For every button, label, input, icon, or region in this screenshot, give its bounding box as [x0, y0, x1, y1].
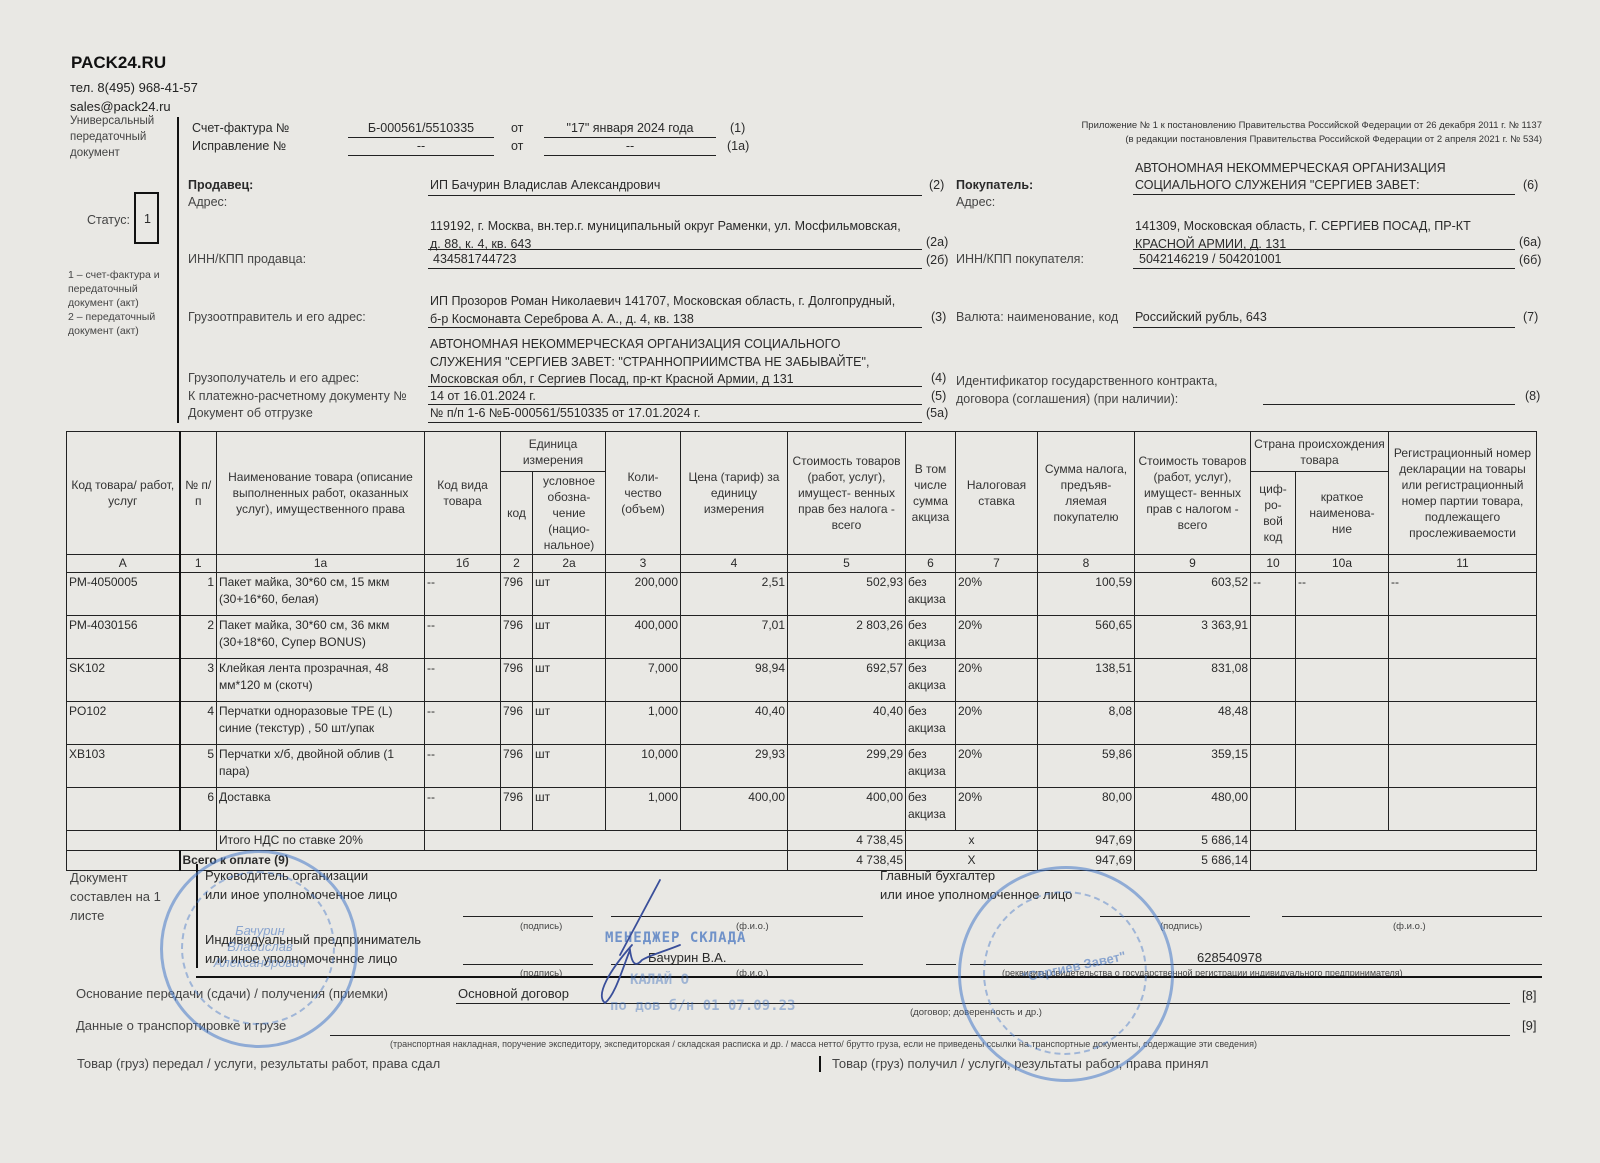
shipper-underline	[428, 327, 922, 328]
cell-unit-name: шт	[533, 616, 606, 659]
cell-price: 7,01	[681, 616, 788, 659]
cell-country-code: --	[1251, 573, 1296, 616]
correction-from-label: от	[511, 139, 523, 153]
th-num: № п/п	[180, 432, 217, 555]
ref-2: (2)	[929, 178, 944, 192]
colnum: 6	[906, 555, 956, 573]
ref-7: (7)	[1523, 310, 1538, 324]
invoice-date-underline	[544, 137, 716, 138]
cell-excise: без акциза	[906, 659, 956, 702]
th-cost-no-tax: Стоимость товаров (работ, услуг), имущес…	[788, 432, 906, 555]
th-qty: Коли- чество (объем)	[606, 432, 681, 555]
total-label: Итого НДС по ставке 20%	[217, 831, 425, 851]
invoice-from-label: от	[511, 121, 523, 135]
ref-1: (1)	[730, 121, 745, 135]
cell-kind: --	[425, 702, 501, 745]
ref-5a: (5а)	[926, 406, 948, 420]
seller-address: 119192, г. Москва, вн.тер.г. муниципальн…	[430, 217, 901, 253]
cell-cost-with-tax: 359,15	[1135, 745, 1251, 788]
th-rate: Налоговая ставка	[956, 432, 1038, 555]
buyer-inn-label: ИНН/КПП покупателя:	[956, 252, 1084, 266]
cell-country-code	[1251, 659, 1296, 702]
supplier-email[interactable]: sales@pack24.ru	[70, 99, 171, 114]
cell-country-name	[1296, 616, 1389, 659]
cell-rate: 20%	[956, 659, 1038, 702]
column-numbers-row: А 1 1а 1б 2 2а 3 4 5 6 7 8 9 10 10а 11	[67, 555, 1537, 573]
th-country-group: Страна происхождения товара	[1251, 432, 1389, 472]
cell-excise: без акциза	[906, 788, 956, 831]
th-tax: Сумма налога, предъяв- ляемая покупателю	[1038, 432, 1135, 555]
cell-qty: 1,000	[606, 788, 681, 831]
seller-label: Продавец:	[188, 178, 253, 192]
supplier-phone: тел. 8(495) 968-41-57	[70, 80, 198, 95]
table-row: XB1035Перчатки х/б, двойной облив (1 пар…	[67, 745, 1537, 788]
ref-1a: (1а)	[727, 139, 749, 153]
cell-country-code	[1251, 702, 1296, 745]
ref-2a: (2а)	[926, 235, 948, 249]
correction-date-underline	[544, 155, 716, 156]
seller-stamp-text: Бачурин Владислав Александрович	[205, 923, 315, 971]
colnum: 4	[681, 555, 788, 573]
cell-country-code	[1251, 788, 1296, 831]
cell-code	[67, 788, 180, 831]
buyer-address-underline	[1133, 249, 1515, 250]
cell-price: 29,93	[681, 745, 788, 788]
cell-kind: --	[425, 659, 501, 702]
cell-kind: --	[425, 573, 501, 616]
cell-excise: без акциза	[906, 745, 956, 788]
cell-excise: без акциза	[906, 573, 956, 616]
buyer-name: АВТОНОМНАЯ НЕКОММЕРЧЕСКАЯ ОРГАНИЗАЦИЯСОЦ…	[1135, 160, 1446, 194]
cell-cost-no-tax: 40,40	[788, 702, 906, 745]
cell-unit-code: 796	[501, 573, 533, 616]
seller-inn-label: ИНН/КПП продавца:	[188, 252, 306, 266]
seller-address-label: Адрес:	[188, 195, 227, 209]
handed-over-label: Товар (груз) передал / услуги, результат…	[77, 1056, 440, 1071]
cell-cost-with-tax: 480,00	[1135, 788, 1251, 831]
th-unit-group: Единица измерения	[501, 432, 606, 472]
accountant-fio-line[interactable]	[1282, 916, 1542, 917]
shipper-label: Грузоотправитель и его адрес:	[188, 310, 366, 324]
cell-rate: 20%	[956, 788, 1038, 831]
cell-price: 400,00	[681, 788, 788, 831]
buyer-address-label: Адрес:	[956, 195, 995, 209]
cell-name: Доставка	[217, 788, 425, 831]
colnum: 2	[501, 555, 533, 573]
cell-tax: 138,51	[1038, 659, 1135, 702]
cell-rate: 20%	[956, 745, 1038, 788]
invoice-number-underline	[348, 137, 494, 138]
colnum: 1	[180, 555, 217, 573]
cell-cost-with-tax: 603,52	[1135, 573, 1251, 616]
cell-tax: 80,00	[1038, 788, 1135, 831]
colnum: 3	[606, 555, 681, 573]
total-cost-with-tax: 5 686,14	[1135, 831, 1251, 851]
brand-logo: PACK24.RU	[71, 53, 166, 73]
invoice-date: "17" января 2024 года	[544, 121, 716, 135]
th-reg-num: Регистрационный номер декларации на това…	[1389, 432, 1537, 555]
colnum: 1а	[217, 555, 425, 573]
cell-cost-no-tax: 299,29	[788, 745, 906, 788]
cell-name: Клейкая лента прозрачная, 48 мм*120 м (с…	[217, 659, 425, 702]
cell-qty: 1,000	[606, 702, 681, 745]
cell-code: XB103	[67, 745, 180, 788]
cell-unit-name: шт	[533, 659, 606, 702]
ref-2b: (2б)	[926, 253, 948, 267]
total-cost-with-tax: 5 686,14	[1135, 851, 1251, 871]
th-name: Наименование товара (описание выполненны…	[217, 432, 425, 555]
consignee-value: АВТОНОМНАЯ НЕКОММЕРЧЕСКАЯ ОРГАНИЗАЦИЯ СО…	[430, 336, 869, 389]
buyer-address: 141309, Московская область, Г. СЕРГИЕВ П…	[1135, 217, 1471, 253]
cell-cost-no-tax: 502,93	[788, 573, 906, 616]
colnum: 5	[788, 555, 906, 573]
buyer-inn: 5042146219 / 504201001	[1139, 252, 1282, 266]
left-divider	[177, 117, 179, 423]
status-legend: 1 – счет-фактура ипередаточныйдокумент (…	[68, 268, 160, 338]
basis-value: Основной договор	[458, 986, 569, 1001]
cell-rate: 20%	[956, 702, 1038, 745]
table-row: 6Доставка--796шт1,000400,00400,00без акц…	[67, 788, 1537, 831]
th-country-name: краткое наименова- ние	[1296, 472, 1389, 555]
cell-name: Перчатки одноразовые TPE (L) синие (текс…	[217, 702, 425, 745]
ip-cert-short-line	[926, 964, 956, 965]
buyer-inn-underline	[1133, 268, 1515, 269]
ref-b9: [9]	[1522, 1018, 1536, 1033]
signature-bottom-rule	[196, 976, 1542, 978]
total-blank	[425, 831, 788, 851]
status-value: 1	[144, 212, 151, 226]
cell-kind: --	[425, 788, 501, 831]
th-cost-with-tax: Стоимость товаров (работ, услуг), имущес…	[1135, 432, 1251, 555]
cell-excise: без акциза	[906, 616, 956, 659]
cell-num: 2	[180, 616, 217, 659]
colnum: 11	[1389, 555, 1537, 573]
seller-inn: 434581744723	[433, 252, 516, 266]
cell-country-name	[1296, 659, 1389, 702]
accountant-sign-caption: (подпись)	[1160, 921, 1202, 932]
ref-6b: (6б)	[1519, 253, 1541, 267]
sheets-note: Документсоставлен на 1листе	[70, 868, 161, 925]
accountant-fio-caption: (ф.и.о.)	[1393, 921, 1426, 932]
cell-price: 2,51	[681, 573, 788, 616]
seller-stamp: Бачурин Владислав Александрович	[160, 850, 358, 1048]
colnum: 8	[1038, 555, 1135, 573]
cell-reg-num	[1389, 616, 1537, 659]
payment-doc-label: К платежно-расчетному документу №	[188, 389, 407, 403]
cell-rate: 20%	[956, 573, 1038, 616]
table-row: SK1023Клейкая лента прозрачная, 48 мм*12…	[67, 659, 1537, 702]
cell-country-name	[1296, 702, 1389, 745]
table-row: PO1024Перчатки одноразовые TPE (L) синие…	[67, 702, 1537, 745]
ref-3: (3)	[931, 310, 946, 324]
th-unit-code: код	[501, 472, 533, 555]
cell-num: 6	[180, 788, 217, 831]
cell-unit-code: 796	[501, 745, 533, 788]
currency-value: Российский рубль, 643	[1135, 310, 1267, 324]
cell-cost-no-tax: 400,00	[788, 788, 906, 831]
invoice-number: Б-000561/5510335	[348, 121, 494, 135]
cell-reg-num	[1389, 659, 1537, 702]
colnum: 10	[1251, 555, 1296, 573]
ref-4: (4)	[931, 371, 946, 385]
transport-underline[interactable]	[330, 1035, 1510, 1036]
th-code: Код товара/ работ, услуг	[67, 432, 180, 555]
cell-reg-num	[1389, 702, 1537, 745]
cell-cost-with-tax: 3 363,91	[1135, 616, 1251, 659]
cell-qty: 10,000	[606, 745, 681, 788]
total-excise: x	[906, 831, 1038, 851]
colnum: 10а	[1296, 555, 1389, 573]
cell-tax: 59,86	[1038, 745, 1135, 788]
seller-name: ИП Бачурин Владислав Александрович	[430, 178, 660, 192]
cell-num: 3	[180, 659, 217, 702]
cell-code: РМ-4030156	[67, 616, 180, 659]
ref-b8: [8]	[1522, 988, 1536, 1003]
cell-name: Пакет майка, 30*60 см, 15 мкм (30+16*60,…	[217, 573, 425, 616]
th-kind: Код вида товара	[425, 432, 501, 555]
cell-cost-with-tax: 831,08	[1135, 659, 1251, 702]
table-row: РМ-40301562Пакет майка, 30*60 см, 36 мкм…	[67, 616, 1537, 659]
seller-inn-underline	[428, 268, 922, 269]
colnum: 9	[1135, 555, 1251, 573]
cell-qty: 400,000	[606, 616, 681, 659]
handwritten-signature	[560, 875, 690, 1015]
cell-reg-num: --	[1389, 573, 1537, 616]
cell-unit-code: 796	[501, 788, 533, 831]
total-cost-no-tax: 4 738,45	[788, 831, 906, 851]
cell-kind: --	[425, 616, 501, 659]
invoice-number-label: Счет-фактура №	[192, 121, 289, 135]
colnum: 2а	[533, 555, 606, 573]
shipper-value: ИП Прозоров Роман Николаевич 141707, Мос…	[430, 292, 895, 328]
cell-cost-no-tax: 2 803,26	[788, 616, 906, 659]
regulation-note: Приложение № 1 к постановлению Правитель…	[1081, 119, 1542, 146]
cell-reg-num	[1389, 788, 1537, 831]
cell-tax: 560,65	[1038, 616, 1135, 659]
shipment-doc-underline	[428, 422, 922, 423]
vat-total-row: Итого НДС по ставке 20%4 738,45x947,695 …	[67, 831, 1537, 851]
payment-doc-underline	[428, 404, 922, 405]
total-blank	[67, 831, 217, 851]
ref-8: (8)	[1525, 389, 1540, 403]
correction-date: --	[544, 139, 716, 153]
currency-underline	[1133, 327, 1515, 328]
cell-unit-name: шт	[533, 745, 606, 788]
cell-unit-name: шт	[533, 788, 606, 831]
seller-address-underline	[428, 249, 922, 250]
correction-number-underline	[348, 155, 494, 156]
cell-country-name	[1296, 745, 1389, 788]
status-label: Статус:	[87, 213, 130, 227]
th-country-code: циф- ро- вой код	[1251, 472, 1296, 555]
th-unit-name: условное обозна- чение (нацио- нальное)	[533, 472, 606, 555]
table-row: РМ-40500051Пакет майка, 30*60 см, 15 мкм…	[67, 573, 1537, 616]
handover-divider	[819, 1056, 821, 1072]
buyer-label: Покупатель:	[956, 178, 1033, 192]
status-box: 1	[134, 192, 159, 244]
buyer-name-underline	[1133, 194, 1515, 195]
ref-6a: (6а)	[1519, 235, 1541, 249]
contract-id-label: Идентификатор государственного контракта…	[956, 372, 1218, 408]
total-tax: 947,69	[1038, 831, 1135, 851]
cell-cost-no-tax: 692,57	[788, 659, 906, 702]
cell-unit-code: 796	[501, 659, 533, 702]
cell-name: Перчатки х/б, двойной облив (1 пара)	[217, 745, 425, 788]
goods-table: Код товара/ работ, услуг № п/п Наименова…	[66, 431, 1537, 871]
seller-name-underline	[428, 195, 922, 196]
buyer-stamp: "Сергиев Завет"	[958, 866, 1174, 1082]
cell-name: Пакет майка, 30*60 см, 36 мкм (30+18*60,…	[217, 616, 425, 659]
currency-label: Валюта: наименование, код	[956, 310, 1118, 324]
cell-num: 1	[180, 573, 217, 616]
cell-price: 98,94	[681, 659, 788, 702]
cell-qty: 200,000	[606, 573, 681, 616]
cell-tax: 100,59	[1038, 573, 1135, 616]
cell-code: PO102	[67, 702, 180, 745]
cell-country-code	[1251, 616, 1296, 659]
ref-5: (5)	[931, 389, 946, 403]
cell-unit-code: 796	[501, 616, 533, 659]
colnum: 1б	[425, 555, 501, 573]
shipment-doc-label: Документ об отгрузке	[188, 406, 313, 420]
cell-unit-code: 796	[501, 702, 533, 745]
head-sign-caption: (подпись)	[520, 921, 562, 932]
total-blank	[1251, 831, 1537, 851]
correction-number: --	[348, 139, 494, 153]
cell-tax: 8,08	[1038, 702, 1135, 745]
contract-id-underline	[1263, 404, 1515, 405]
doc-type-label: Универсальныйпередаточныйдокумент	[70, 113, 154, 161]
consignee-underline	[428, 386, 922, 387]
th-excise: В том числе сумма акциза	[906, 432, 956, 555]
cell-price: 40,40	[681, 702, 788, 745]
cell-country-code	[1251, 745, 1296, 788]
cell-rate: 20%	[956, 616, 1038, 659]
payment-doc-value: 14 от 16.01.2024 г.	[430, 389, 536, 403]
cell-code: РМ-4050005	[67, 573, 180, 616]
cell-unit-name: шт	[533, 702, 606, 745]
cell-num: 4	[180, 702, 217, 745]
ip-cert: 628540978	[1197, 950, 1262, 965]
cell-qty: 7,000	[606, 659, 681, 702]
cell-num: 5	[180, 745, 217, 788]
cell-code: SK102	[67, 659, 180, 702]
th-price: Цена (тариф) за единицу измерения	[681, 432, 788, 555]
cell-country-name: --	[1296, 573, 1389, 616]
colnum: 7	[956, 555, 1038, 573]
ref-6: (6)	[1523, 178, 1538, 192]
cell-reg-num	[1389, 745, 1537, 788]
cell-cost-with-tax: 48,48	[1135, 702, 1251, 745]
correction-label: Исправление №	[192, 139, 286, 153]
colnum: А	[67, 555, 180, 573]
cell-unit-name: шт	[533, 573, 606, 616]
cell-kind: --	[425, 745, 501, 788]
cell-country-name	[1296, 788, 1389, 831]
cell-excise: без акциза	[906, 702, 956, 745]
shipment-doc-value: № п/п 1-6 №Б-000561/5510335 от 17.01.202…	[430, 406, 700, 420]
consignee-label: Грузополучатель и его адрес:	[188, 371, 359, 385]
total-blank	[1251, 851, 1537, 871]
